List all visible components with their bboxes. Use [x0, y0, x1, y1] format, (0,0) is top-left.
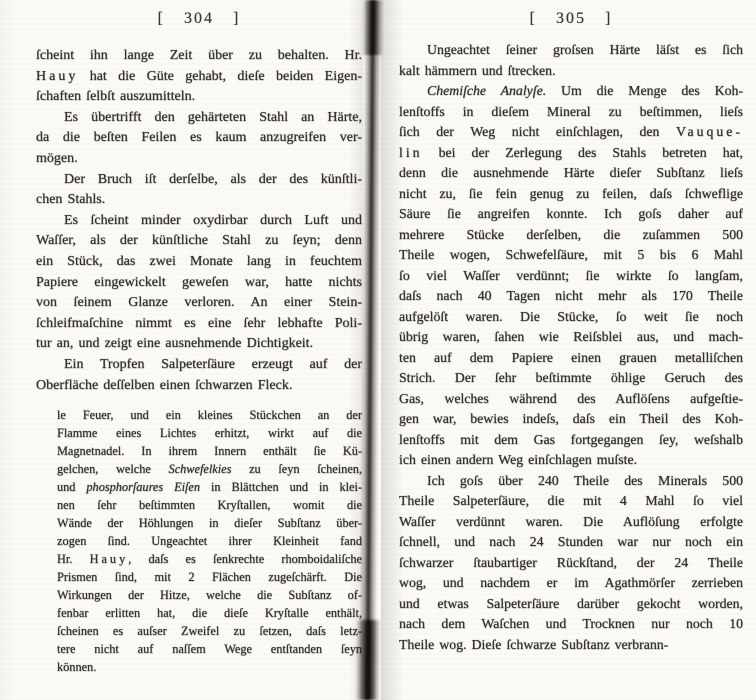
- text-line: Wirkungen der Hitze, welche die Subſtanz…: [57, 586, 362, 604]
- text-line: lin bei der Zerlegung des Stahls betrete…: [399, 143, 743, 164]
- text-line: gelchen, welche Schwefelkies zu ſeyn ſch…: [57, 460, 362, 478]
- text-segment: ein Stück, das zwei Monate lang in feuch…: [36, 254, 362, 269]
- text-line: ſich der Weg nicht einſchlagen, den Vauq…: [399, 122, 743, 143]
- paragraph: Es übertrifft den gehärteten Stahl an Hä…: [36, 108, 362, 170]
- text-line: nicht zu, ſie fein genug zu feilen, daſs…: [399, 184, 743, 205]
- italic-text: Schwefelkies: [169, 462, 232, 476]
- text-segment: nach dem Waſchen und Trocknen nur noch 1…: [399, 616, 743, 631]
- book-spread: [ 304 ] ſcheint ihn lange Zeit über zu b…: [0, 0, 756, 700]
- text-segment: ſcheinen es auſser Zweifel zu ſetzen, da…: [57, 624, 362, 638]
- text-line: Chemiſche Analyſe. Um die Menge des Koh-: [399, 81, 743, 102]
- text-line: tere nicht auf naſſem Wege entſtanden ſe…: [57, 640, 362, 658]
- text-line: ich einen andern Weg einſchlagen muſste.: [399, 450, 743, 471]
- page-305: [ 305 ] Ungeachtet ſeiner groſsen Härte …: [382, 0, 756, 700]
- text-segment: zogen ſind. Ungeachtet ihrer Kleinheit f…: [57, 534, 362, 548]
- text-line: ſchaften ſelbſt auszumitteln.: [36, 87, 362, 108]
- text-segment: können.: [57, 660, 96, 674]
- text-segment: Ich goſs über 240 Theile des Minerals 50…: [427, 473, 743, 488]
- letterspaced-name: Hauy: [90, 552, 129, 566]
- text-segment: tere nicht auf naſſem Wege entſtanden ſe…: [57, 642, 362, 656]
- text-line: von ſeinem Glanze verloren. An einer Ste…: [36, 293, 362, 314]
- text-segment: Ungeachtet ſeiner groſsen Härte läſst es…: [427, 42, 743, 57]
- text-segment: lenſtoffs mit dem Gas fortgegangen ſey, …: [399, 432, 743, 447]
- text-segment: le Feuer, und ein kleines Stückchen an d…: [57, 408, 362, 422]
- letterspaced-name: lin: [399, 145, 423, 160]
- text-line: tur an, und zeigt eine ausnehmende Dicht…: [36, 334, 362, 355]
- paragraph: Chemiſche Analyſe. Um die Menge des Koh-…: [399, 81, 743, 471]
- text-segment: Theile wogen, Schwefelſäure, mit 5 bis 6…: [399, 247, 743, 262]
- text-line: Hauy hat die Güte gehabt, dieſe beiden E…: [36, 67, 362, 88]
- text-segment: fenbar erlitten hat, die dieſe Kryſtalle…: [57, 606, 362, 620]
- page-304-body: ſcheint ihn lange Zeit über zu behalten.…: [36, 46, 362, 676]
- paragraph: Ungeachtet ſeiner groſsen Härte läſst es…: [399, 40, 743, 81]
- italic-text: phosphorſaures Eiſen: [86, 480, 200, 494]
- text-segment: Oberfläche deſſelben einen ſchwarzen Fle…: [36, 378, 292, 393]
- text-segment: Es ſcheint minder oxydirbar durch Luft u…: [64, 213, 362, 228]
- text-line: ſchleifmaſchine nimmt es eine ſehr lebha…: [36, 314, 362, 335]
- text-segment: lenſtoffs in dieſem Mineral zu beſtimmen…: [399, 104, 743, 119]
- text-segment: Flamme eines Lichtes erhitzt, wirkt auf …: [57, 426, 362, 440]
- text-line: und phosphorſaures Eiſen in Blättchen un…: [57, 478, 362, 496]
- text-line: Flamme eines Lichtes erhitzt, wirkt auf …: [57, 424, 362, 442]
- text-segment: Wände der Höhlungen in dieſer Subſtanz ü…: [57, 516, 362, 530]
- text-line: Ein Tropfen Salpeterſäure erzeugt auf de…: [36, 355, 362, 376]
- text-segment: Der Bruch iſt derſelbe, als der des künſ…: [64, 172, 362, 187]
- text-segment: ſo viel Waſſer verdünnt; ſie wirkte ſo l…: [399, 268, 743, 283]
- text-line: nach dem Waſchen und Trocknen nur noch 1…: [399, 614, 743, 635]
- text-line: Prismen ſind, mit 2 Flächen zugeſchärft.…: [57, 568, 362, 586]
- text-segment: ſich der Weg nicht einſchlagen, den: [399, 124, 676, 139]
- text-line: fenbar erlitten hat, die dieſe Kryſtalle…: [57, 604, 362, 622]
- paragraph: Ich goſs über 240 Theile des Minerals 50…: [399, 471, 743, 656]
- text-line: Es übertrifft den gehärteten Stahl an Hä…: [36, 108, 362, 129]
- page-header-left: [ 304 ]: [36, 10, 362, 32]
- text-segment: Gas, welches während des Auflöſens aufge…: [399, 391, 743, 406]
- text-line: ſo viel Waſſer verdünnt; ſie wirkte ſo l…: [399, 266, 743, 287]
- text-line: Waſſer verdünnt waren. Die Auflöſung erf…: [399, 512, 743, 533]
- text-segment: gelchen, welche: [57, 462, 169, 476]
- text-segment: ſchaften ſelbſt auszumitteln.: [36, 89, 195, 104]
- text-segment: Wirkungen der Hitze, welche die Subſtanz…: [57, 588, 362, 602]
- text-segment: Um die Menge des Koh-: [546, 83, 743, 98]
- footnote-block: le Feuer, und ein kleines Stückchen an d…: [36, 406, 362, 676]
- text-line: ſcheinen es auſser Zweifel zu ſetzen, da…: [57, 622, 362, 640]
- paragraph: Ein Tropfen Salpeterſäure erzeugt auf de…: [36, 355, 362, 396]
- text-line: le Feuer, und ein kleines Stückchen an d…: [57, 406, 362, 424]
- book-gutter-shadow: [358, 0, 383, 700]
- text-segment: ſchwarzer ſtaubartiger Rückſtand, der 24…: [399, 555, 743, 570]
- text-segment: wog, und nachdem er im Agathmörſer zerri…: [399, 575, 743, 590]
- text-line: ſchnell, und nach 24 Stunden war nur noc…: [399, 532, 743, 553]
- text-segment: bei der Zerlegung des Stahls betreten ha…: [423, 145, 743, 160]
- page-header-right: [ 305 ]: [399, 10, 743, 32]
- letterspaced-name: Hauy: [36, 69, 78, 84]
- text-line: Hr. Hauy, daſs es ſenkrechte rhomboidali…: [57, 550, 362, 568]
- text-line: zogen ſind. Ungeachtet ihrer Kleinheit f…: [57, 532, 362, 550]
- text-segment: Papiere eingewickelt geweſen war, hatte …: [36, 275, 362, 290]
- text-segment: ſchleifmaſchine nimmt es eine ſehr lebha…: [36, 316, 362, 331]
- text-line: Theile wog. Dieſe ſchwarze Subſtanz verb…: [399, 635, 743, 656]
- text-line: Ungeachtet ſeiner groſsen Härte läſst es…: [399, 40, 743, 61]
- text-segment: Prismen ſind, mit 2 Flächen zugeſchärft.…: [57, 570, 362, 584]
- text-line: wog, und nachdem er im Agathmörſer zerri…: [399, 573, 743, 594]
- text-line: Gas, welches während des Auflöſens aufge…: [399, 389, 743, 410]
- text-line: mögen.: [36, 149, 362, 170]
- text-segment: da die beſten Feilen es kaum anzugreifen…: [36, 130, 362, 145]
- text-segment: Waſſer verdünnt waren. Die Auflöſung erf…: [399, 514, 743, 529]
- text-line: Waſſer, als der künſtliche Stahl zu ſeyn…: [36, 231, 362, 252]
- page-304: [ 304 ] ſcheint ihn lange Zeit über zu b…: [0, 0, 366, 700]
- text-segment: in Blättchen und in klei-: [200, 480, 362, 494]
- text-line: ſchwarzer ſtaubartiger Rückſtand, der 24…: [399, 553, 743, 574]
- text-line: Der Bruch iſt derſelbe, als der des künſ…: [36, 170, 362, 191]
- text-segment: hat die Güte gehabt, dieſe beiden Eigen-: [78, 69, 362, 84]
- text-segment: ten auf dem Papiere einen grauen metalli…: [399, 350, 743, 365]
- text-segment: Waſſer, als der künſtliche Stahl zu ſeyn…: [36, 233, 362, 248]
- text-line: mehrere Stücke derſelben, die zuſammen 5…: [399, 225, 743, 246]
- text-segment: und: [57, 480, 86, 494]
- paragraph: Es ſcheint minder oxydirbar durch Luft u…: [36, 211, 362, 355]
- text-line: chen Stahls.: [36, 190, 362, 211]
- page-305-body: Ungeachtet ſeiner groſsen Härte läſst es…: [399, 40, 743, 655]
- text-line: aufgelöſt waren. Die Stücke, ſo weit ſie…: [399, 307, 743, 328]
- text-line: gen war, bewies indeſs, daſs ein Theil d…: [399, 409, 743, 430]
- text-line: Magnetnadel. In ihrem Innern enthält ſie…: [57, 442, 362, 460]
- text-segment: Es übertrifft den gehärteten Stahl an Hä…: [64, 110, 362, 125]
- text-segment: chen Stahls.: [36, 192, 105, 207]
- text-segment: Theile wog. Dieſe ſchwarze Subſtanz verb…: [399, 637, 668, 652]
- text-line: Theile Salpeterſäure, die mit 4 Mahl ſo …: [399, 491, 743, 512]
- text-line: lenſtoffs mit dem Gas fortgegangen ſey, …: [399, 430, 743, 451]
- paragraph: Der Bruch iſt derſelbe, als der des künſ…: [36, 170, 362, 211]
- text-line: können.: [57, 658, 362, 676]
- text-line: Es ſcheint minder oxydirbar durch Luft u…: [36, 211, 362, 232]
- text-line: ten auf dem Papiere einen grauen metalli…: [399, 348, 743, 369]
- paragraph: ſcheint ihn lange Zeit über zu behalten.…: [36, 46, 362, 108]
- text-line: kalt hämmern und ſtrecken.: [399, 61, 743, 82]
- text-segment: Ein Tropfen Salpeterſäure erzeugt auf de…: [64, 357, 362, 372]
- text-segment: Magnetnadel. In ihrem Innern enthält ſie…: [57, 444, 362, 458]
- text-segment: übrig waren, ſahen wie Reiſsblei aus, un…: [399, 329, 743, 344]
- text-segment: gen war, bewies indeſs, daſs ein Theil d…: [399, 411, 743, 426]
- text-segment: nicht zu, ſie fein genug zu feilen, daſs…: [399, 186, 743, 201]
- text-line: denn die ausnehmende Härte dieſer Subſta…: [399, 163, 743, 184]
- text-line: übrig waren, ſahen wie Reiſsblei aus, un…: [399, 327, 743, 348]
- text-segment: daſs nach 40 Tagen nicht mehr als 170 Th…: [399, 288, 743, 303]
- text-segment: nen ſehr beſtimmten Kryſtallen, womit di…: [57, 498, 362, 512]
- text-segment: ich einen andern Weg einſchlagen muſste.: [399, 452, 637, 467]
- text-line: ein Stück, das zwei Monate lang in feuch…: [36, 252, 362, 273]
- text-segment: zu ſeyn ſcheinen,: [231, 462, 362, 476]
- text-segment: kalt hämmern und ſtrecken.: [399, 63, 556, 78]
- text-line: daſs nach 40 Tagen nicht mehr als 170 Th…: [399, 286, 743, 307]
- text-line: Säure ſie angreifen konnte. Ich goſs dah…: [399, 204, 743, 225]
- text-segment: , daſs es ſenkrechte rhomboidaliſche: [128, 552, 362, 566]
- text-line: Papiere eingewickelt geweſen war, hatte …: [36, 273, 362, 294]
- text-segment: Strich. Der ſehr beſtimmte öhlige Geruch…: [399, 370, 743, 385]
- text-segment: und etwas Salpeterſäure darüber gekocht …: [399, 596, 743, 611]
- text-line: da die beſten Feilen es kaum anzugreifen…: [36, 128, 362, 149]
- text-segment: tur an, und zeigt eine ausnehmende Dicht…: [36, 336, 313, 351]
- text-line: nen ſehr beſtimmten Kryſtallen, womit di…: [57, 496, 362, 514]
- text-segment: ſcheint ihn lange Zeit über zu behalten.…: [36, 48, 362, 63]
- text-line: Strich. Der ſehr beſtimmte öhlige Geruch…: [399, 368, 743, 389]
- text-segment: von ſeinem Glanze verloren. An einer Ste…: [36, 295, 362, 310]
- text-line: Ich goſs über 240 Theile des Minerals 50…: [399, 471, 743, 492]
- letterspaced-name: Vauque-: [676, 124, 743, 139]
- text-line: und etwas Salpeterſäure darüber gekocht …: [399, 594, 743, 615]
- text-segment: mehrere Stücke derſelben, die zuſammen 5…: [399, 227, 743, 242]
- text-line: Wände der Höhlungen in dieſer Subſtanz ü…: [57, 514, 362, 532]
- text-line: ſcheint ihn lange Zeit über zu behalten.…: [36, 46, 362, 67]
- text-line: Oberfläche deſſelben einen ſchwarzen Fle…: [36, 376, 362, 397]
- text-segment: mögen.: [36, 151, 78, 166]
- text-segment: Säure ſie angreifen konnte. Ich goſs dah…: [399, 206, 743, 221]
- text-segment: aufgelöſt waren. Die Stücke, ſo weit ſie…: [399, 309, 743, 324]
- text-line: Theile wogen, Schwefelſäure, mit 5 bis 6…: [399, 245, 743, 266]
- text-segment: ſchnell, und nach 24 Stunden war nur noc…: [399, 534, 743, 549]
- text-segment: Hr.: [57, 552, 90, 566]
- text-segment: Theile Salpeterſäure, die mit 4 Mahl ſo …: [399, 493, 743, 508]
- text-segment: denn die ausnehmende Härte dieſer Subſta…: [399, 165, 743, 180]
- text-line: lenſtoffs in dieſem Mineral zu beſtimmen…: [399, 102, 743, 123]
- italic-text: Chemiſche Analyſe.: [427, 83, 546, 98]
